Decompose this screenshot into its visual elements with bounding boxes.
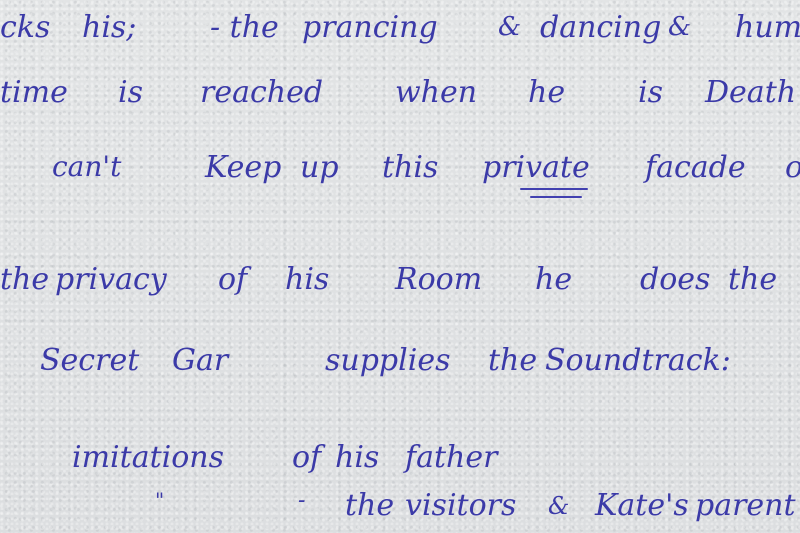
handwritten-word: cks [0,10,50,45]
handwritten-word: & [498,12,521,42]
handwritten-word-private: private [482,150,590,185]
handwritten-word: Secret [40,343,139,378]
handwritten-word: his [285,262,329,297]
handwritten-word: Soundtrack: [545,343,731,378]
handwritten-word: & [548,492,569,520]
handwritten-word: Room [395,262,482,297]
handwritten-word: this [382,150,438,185]
handwritten-word: is [638,75,663,110]
handwritten-word: dancing [540,10,661,45]
handwritten-word: his; [82,10,136,45]
handwritten-word: does [640,262,710,297]
handwritten-word: Keep [205,150,281,185]
handwritten-word: of [218,262,247,297]
handwritten-word: father [405,440,497,475]
handwritten-word: of [292,440,321,475]
handwritten-word: - [298,488,305,513]
handwritten-word: & [668,12,691,42]
handwritten-word: hum [735,10,800,45]
handwritten-word: o [785,150,800,185]
handwritten-word: parent [695,488,796,523]
handwritten-word: supplies [325,343,450,378]
handwritten-word: when [395,75,477,110]
handwritten-word: he [535,262,572,297]
handwritten-word: he [528,75,565,110]
handwritten-word: Gar [172,343,228,378]
handwritten-word: the [345,488,394,523]
handwritten-word: Death [705,75,796,110]
handwritten-word: up [300,150,339,185]
handwritten-word: reached [200,75,323,110]
handwritten-word: - the [210,10,279,45]
paper-background: cks his; - the prancing & dancing & hum … [0,0,800,533]
underline-stroke [520,188,588,190]
handwritten-word: can't [52,150,121,183]
handwritten-word: is [118,75,143,110]
handwritten-word: facade [645,150,746,185]
handwritten-word: the [488,343,537,378]
handwritten-word: privacy [55,262,167,297]
handwritten-word: the [728,262,777,297]
handwritten-word: prancing [302,10,438,45]
handwritten-word: Kate's [595,488,689,523]
handwritten-word: visitors [405,488,516,523]
handwritten-word: the [0,262,49,297]
handwritten-word: his [335,440,379,475]
handwritten-word: time [0,75,68,110]
ditto-mark: " [155,488,164,512]
handwritten-word: imitations [72,440,224,475]
underline-stroke [530,196,582,198]
